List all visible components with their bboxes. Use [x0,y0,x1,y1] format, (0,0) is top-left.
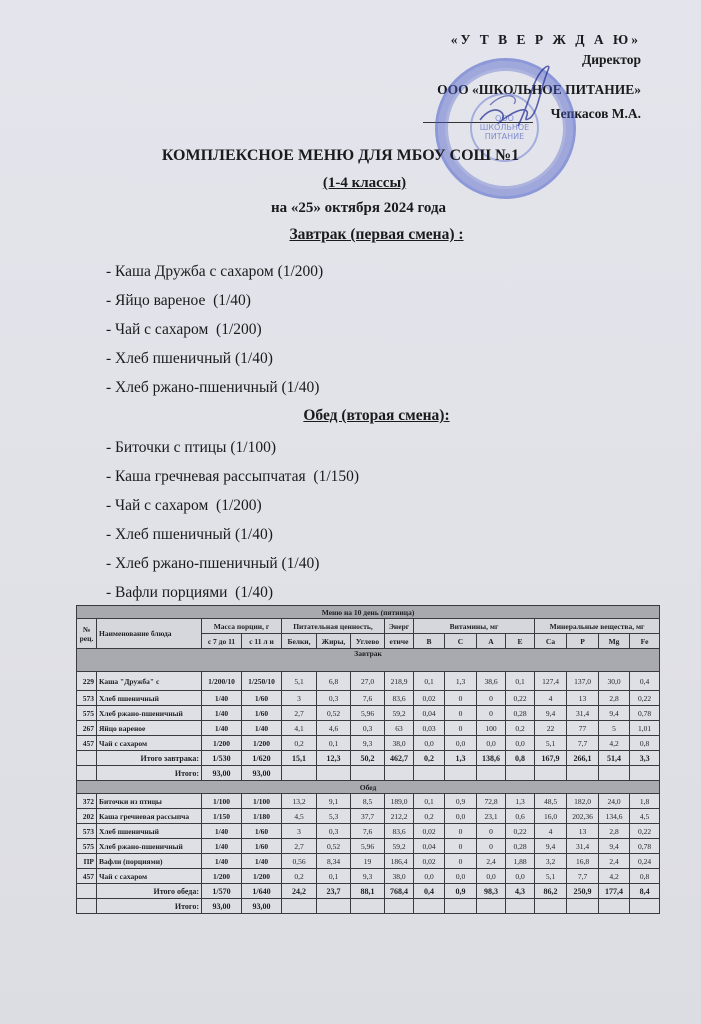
table-cell: 127,4 [535,672,567,691]
table-cell: 7,6 [351,824,385,839]
col-energy: Энерг [385,619,414,634]
total-cell: 24,2 [282,884,317,899]
table-cell: 7,7 [567,736,599,751]
table-cell: 1/40 [202,824,242,839]
lunch-heading: Обед (вторая смена): [26,407,701,425]
total-cell: 1,3 [445,751,477,766]
col-min-fe: Fe [630,634,660,649]
table-cell: 38,0 [385,736,414,751]
list-item: - Яйцо вареное (1/40) [106,286,323,315]
col-energy-2: етиче [385,634,414,649]
table-cell: 16,0 [535,809,567,824]
table-cell: Хлеб пшеничный [97,691,202,706]
table-cell: 2,8 [599,824,630,839]
price-cell: 93,00 [202,899,242,914]
table-cell: 0,1 [414,672,445,691]
grades-label: (1-4 классы) [14,175,701,192]
table-cell: 0,0 [506,736,535,751]
total-cell: 50,2 [351,751,385,766]
total-cell: 1/570 [202,884,242,899]
table-cell: 0,2 [414,809,445,824]
table-row: ПРВафли (порциями)1/401/400,568,3419186,… [77,854,660,869]
lunch-price-row: Итого:93,0093,00 [77,899,660,914]
col-minerals: Минеральные вещества, мг [535,619,660,634]
table-cell: 4,1 [282,721,317,736]
table-cell: 37,7 [351,809,385,824]
table-cell: 7,7 [567,869,599,884]
table-row: 267Яйцо вареное1/401/404,14,60,3630,0301… [77,721,660,736]
col-recipe-no: №рец. [77,619,97,649]
lunch-list: - Биточки с птицы (1/100) - Каша гречнев… [106,433,359,607]
table-cell: 77 [567,721,599,736]
table-cell: Биточки из птицы [97,794,202,809]
total-cell: 88,1 [351,884,385,899]
list-item: - Хлеб ржано-пшеничный (1/40) [106,373,323,402]
table-cell: 0,22 [506,691,535,706]
list-item: - Хлеб ржано-пшеничный (1/40) [106,549,359,578]
table-cell: 575 [77,706,97,721]
table-cell: 0,0 [414,869,445,884]
table-row: 457Чай с сахаром1/2001/2000,20,19,338,00… [77,869,660,884]
table-cell: 3 [282,824,317,839]
col-fats: Жиры, [317,634,351,649]
table-cell: 1/100 [202,794,242,809]
lunch-section-label: Обед [77,781,660,794]
total-cell: 1/640 [242,884,282,899]
table-cell: 83,6 [385,824,414,839]
table-cell: 0 [445,854,477,869]
table-cell: 9,4 [599,706,630,721]
col-dish-name: Наименование блюда [97,619,202,649]
table-cell: 1/60 [242,706,282,721]
col-vit-e: E [506,634,535,649]
table-cell: 5,1 [535,736,567,751]
total-cell: Итого обеда: [97,884,202,899]
table-cell: 0 [445,721,477,736]
table-cell: 3 [282,691,317,706]
table-cell: Каша "Дружба" с [97,672,202,691]
col-vit-b: B [414,634,445,649]
table-cell: 1/100 [242,794,282,809]
table-cell: 0,03 [414,721,445,736]
table-cell: 0 [445,824,477,839]
table-cell: 8,34 [317,854,351,869]
list-item: - Каша гречневая рассыпчатая (1/150) [106,462,359,491]
table-cell: 0,0 [477,869,506,884]
table-cell: 0,24 [630,854,660,869]
table-cell: 9,3 [351,869,385,884]
table-cell: 38,6 [477,672,506,691]
table-cell: 186,4 [385,854,414,869]
col-vitamins: Витамины, мг [414,619,535,634]
breakfast-section-row: Завтрак [77,649,660,672]
table-cell: 1/200/10 [202,672,242,691]
total-cell: 0,2 [414,751,445,766]
table-cell: 4,6 [317,721,351,736]
total-cell: 0,4 [414,884,445,899]
total-cell: 0,8 [506,751,535,766]
table-cell: 0 [477,839,506,854]
table-cell: 6,8 [317,672,351,691]
total-cell: 51,4 [599,751,630,766]
total-cell: 266,1 [567,751,599,766]
table-row: 202Каша гречневая рассыпча1/1501/1804,55… [77,809,660,824]
table-cell: 1,3 [506,794,535,809]
table-cell: 5,96 [351,839,385,854]
table-cell: 457 [77,869,97,884]
table-cell: 72,8 [477,794,506,809]
table-caption: Меню на 10 день (пятница) [77,606,660,619]
table-cell: 0,3 [317,824,351,839]
table-cell: 59,2 [385,839,414,854]
table-cell: 2,8 [599,691,630,706]
table-cell: 13,2 [282,794,317,809]
table-cell: 1/200 [202,736,242,751]
table-cell: 1/60 [242,691,282,706]
table-cell: 1/40 [202,721,242,736]
table-cell: 1/60 [242,839,282,854]
col-carbs: Углево [351,634,385,649]
table-cell: 4 [535,691,567,706]
table-cell: 137,0 [567,672,599,691]
total-cell: 768,4 [385,884,414,899]
table-cell: 457 [77,736,97,751]
breakfast-total-row: Итого завтрака:1/5301/62015,112,350,2462… [77,751,660,766]
table-cell: 38,0 [385,869,414,884]
table-cell: 0,02 [414,824,445,839]
table-cell: 24,0 [599,794,630,809]
table-cell: 83,6 [385,691,414,706]
table-cell: 9,1 [317,794,351,809]
table-cell: 0,02 [414,854,445,869]
table-cell: Чай с сахаром [97,869,202,884]
table-cell: Чай с сахаром [97,736,202,751]
list-item: - Чай с сахаром (1/200) [106,491,359,520]
table-cell: 1/40 [242,721,282,736]
table-cell: 189,0 [385,794,414,809]
table-cell: 0,1 [506,672,535,691]
table-cell: 0,3 [317,691,351,706]
price-cell: 93,00 [242,766,282,781]
table-cell: 0,3 [351,721,385,736]
total-cell: 1/620 [242,751,282,766]
table-cell: 182,0 [567,794,599,809]
table-cell: Хлеб пшеничный [97,824,202,839]
col-vit-c: C [445,634,477,649]
table-cell: 1/200 [242,736,282,751]
table-cell: 1,88 [506,854,535,869]
table-cell: 1,01 [630,721,660,736]
col-min-ca: Ca [535,634,567,649]
table-cell: 0,52 [317,839,351,854]
table-cell: 8,5 [351,794,385,809]
nutrition-table: Меню на 10 день (пятница) №рец. Наименов… [76,605,660,914]
list-item: - Каша Дружба с сахаром (1/200) [106,257,323,286]
breakfast-list: - Каша Дружба с сахаром (1/200) - Яйцо в… [106,257,323,402]
table-cell: 0,0 [414,736,445,751]
table-cell: 0,22 [630,691,660,706]
table-row: 229Каша "Дружба" с1/200/101/250/105,16,8… [77,672,660,691]
table-cell: 63 [385,721,414,736]
table-cell: 0,02 [414,691,445,706]
table-cell: 48,5 [535,794,567,809]
total-cell: 0,9 [445,884,477,899]
table-cell: 1/200 [242,869,282,884]
table-cell: 202,36 [567,809,599,824]
table-cell: 27,0 [351,672,385,691]
table-cell: 0,2 [282,736,317,751]
total-cell: 86,2 [535,884,567,899]
table-row: 575Хлеб ржано-пшеничный1/401/602,70,525,… [77,839,660,854]
total-cell: 177,4 [599,884,630,899]
table-cell: 7,6 [351,691,385,706]
table-cell: 9,4 [535,706,567,721]
table-cell: 1,8 [630,794,660,809]
table-cell: 1/150 [202,809,242,824]
table-cell: 573 [77,824,97,839]
table-cell: 0,28 [506,706,535,721]
total-cell: 1/530 [202,751,242,766]
breakfast-heading: Завтрак (первая смена) : [26,226,701,244]
table-cell: 0,78 [630,706,660,721]
list-item: - Чай с сахаром (1/200) [106,315,323,344]
table-cell: Хлеб ржано-пшеничный [97,839,202,854]
table-cell: 212,2 [385,809,414,824]
table-cell: 4,2 [599,869,630,884]
table-cell: 5 [599,721,630,736]
table-cell: 573 [77,691,97,706]
table-row: 573Хлеб пшеничный1/401/6030,37,683,60,02… [77,824,660,839]
table-cell: 2,7 [282,839,317,854]
table-cell: 0 [445,839,477,854]
table-cell: 5,1 [282,672,317,691]
table-cell: 3,2 [535,854,567,869]
total-cell: 8,4 [630,884,660,899]
list-item: - Хлеб пшеничный (1/40) [106,520,359,549]
table-cell: 1/40 [202,691,242,706]
breakfast-price-row: Итого:93,0093,00 [77,766,660,781]
col-proteins: Белки, [282,634,317,649]
table-cell: 0,04 [414,839,445,854]
table-cell: 4,5 [630,809,660,824]
table-cell: 0,0 [445,869,477,884]
table-cell: 229 [77,672,97,691]
table-cell: 0,1 [317,869,351,884]
table-cell: 5,96 [351,706,385,721]
table-cell: Каша гречневая рассыпча [97,809,202,824]
table-cell: 575 [77,839,97,854]
table-cell: 0,8 [630,869,660,884]
table-cell: 19 [351,854,385,869]
table-cell: 0,9 [445,794,477,809]
table-cell: 0,22 [630,824,660,839]
table-cell: 1/40 [202,706,242,721]
table-cell: 13 [567,824,599,839]
list-item: - Биточки с птицы (1/100) [106,433,359,462]
table-cell: 0 [445,706,477,721]
table-cell: 0,1 [317,736,351,751]
total-cell: 12,3 [317,751,351,766]
table-cell: 0,28 [506,839,535,854]
table-cell: 0,1 [414,794,445,809]
table-cell: 0,2 [282,869,317,884]
table-cell: 23,1 [477,809,506,824]
table-cell: 100 [477,721,506,736]
menu-date: на «25» октября 2024 года [8,200,701,217]
table-cell: 2,4 [477,854,506,869]
price-cell: 93,00 [242,899,282,914]
table-cell: 0,0 [445,809,477,824]
table-cell: 0,56 [282,854,317,869]
table-cell: 1/60 [242,824,282,839]
table-cell: 0,0 [445,736,477,751]
table-cell: 0,2 [506,721,535,736]
table-cell: 134,6 [599,809,630,824]
table-cell: 1/250/10 [242,672,282,691]
table-cell: 267 [77,721,97,736]
list-item: - Хлеб пшеничный (1/40) [106,344,323,373]
table-cell: 22 [535,721,567,736]
table-cell: 372 [77,794,97,809]
table-cell: 5,3 [317,809,351,824]
lunch-total-row: Итого обеда:1/5701/64024,223,788,1768,40… [77,884,660,899]
signature-icon [470,60,560,135]
total-cell: 250,9 [567,884,599,899]
table-cell: 0 [445,691,477,706]
price-cell: Итого: [97,899,202,914]
table-cell: 0,0 [506,869,535,884]
table-cell: 0 [477,706,506,721]
table-cell: 59,2 [385,706,414,721]
table-cell: 9,3 [351,736,385,751]
table-cell: Вафли (порциями) [97,854,202,869]
table-cell: ПР [77,854,97,869]
table-cell: 1/180 [242,809,282,824]
table-cell: 0,8 [630,736,660,751]
list-item: - Вафли порциями (1/40) [106,578,359,607]
col-min-p: P [567,634,599,649]
total-cell: 4,3 [506,884,535,899]
total-cell: 98,3 [477,884,506,899]
table-cell: 0,78 [630,839,660,854]
col-age-11-plus: с 11 л и [242,634,282,649]
table-cell: 1/40 [242,854,282,869]
table-cell: 1/40 [202,854,242,869]
col-vit-a: A [477,634,506,649]
total-cell: 138,6 [477,751,506,766]
approval-title: «У Т В Е Р Ж Д А Ю» [451,30,641,50]
table-cell: 0 [477,824,506,839]
table-cell: 0,22 [506,824,535,839]
table-cell: Хлеб ржано-пшеничный [97,706,202,721]
total-cell: 15,1 [282,751,317,766]
total-cell: 23,7 [317,884,351,899]
total-cell: 167,9 [535,751,567,766]
price-cell: 93,00 [202,766,242,781]
approval-role: Директор [582,50,641,70]
col-nutrition: Питательная ценность, [282,619,385,634]
table-cell: 30,0 [599,672,630,691]
table-cell: 0,04 [414,706,445,721]
table-cell: 1/40 [202,839,242,854]
table-cell: 0,0 [477,736,506,751]
table-cell: 9,4 [535,839,567,854]
table-cell: 13 [567,691,599,706]
table-cell: 1,3 [445,672,477,691]
table-cell: 2,4 [599,854,630,869]
price-cell: Итого: [97,766,202,781]
table-cell: 5,1 [535,869,567,884]
table-cell: 218,9 [385,672,414,691]
table-cell: 9,4 [599,839,630,854]
col-min-mg: Mg [599,634,630,649]
table-row: 573Хлеб пшеничный1/401/6030,37,683,60,02… [77,691,660,706]
lunch-section-row: Обед [77,781,660,794]
table-cell: Яйцо вареное [97,721,202,736]
col-age-7-11: с 7 до 11 [202,634,242,649]
table-row: 575Хлеб ржано-пшеничный1/401/602,70,525,… [77,706,660,721]
table-cell: 1/200 [202,869,242,884]
table-cell: 16,8 [567,854,599,869]
total-cell: 462,7 [385,751,414,766]
table-cell: 4,5 [282,809,317,824]
document-title: КОМПЛЕКСНОЕ МЕНЮ ДЛЯ МБОУ СОШ №1 [0,147,691,165]
table-cell: 202 [77,809,97,824]
table-cell: 4 [535,824,567,839]
table-cell: 0,4 [630,672,660,691]
table-cell: 0 [477,691,506,706]
table-cell: 4,2 [599,736,630,751]
table-row: 457Чай с сахаром1/2001/2000,20,19,338,00… [77,736,660,751]
table-cell: 31,4 [567,706,599,721]
table-row: 372Биточки из птицы1/1001/10013,29,18,51… [77,794,660,809]
breakfast-section-label: Завтрак [77,649,660,672]
table-cell: 0,52 [317,706,351,721]
table-cell: 31,4 [567,839,599,854]
total-cell: Итого завтрака: [97,751,202,766]
table-cell: 0,6 [506,809,535,824]
total-cell: 3,3 [630,751,660,766]
table-cell: 2,7 [282,706,317,721]
col-portion-mass: Масса порции, г [202,619,282,634]
